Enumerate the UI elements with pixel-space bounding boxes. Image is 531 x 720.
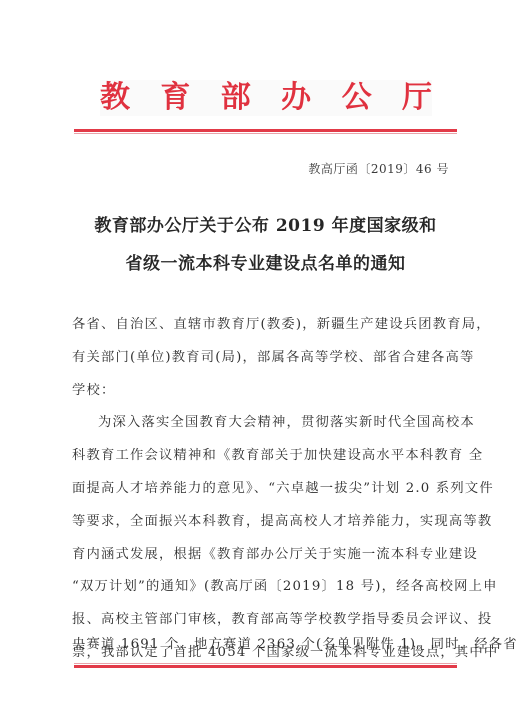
rule-thick-line: [74, 129, 457, 132]
org-char: 教: [100, 80, 130, 116]
document-page: 教 育 部 办 公 厅 教高厅函〔2019〕46 号 教育部办公厅关于公布 20…: [0, 0, 531, 720]
org-char: 部: [221, 80, 251, 116]
document-title-line-1: 教育部办公厅关于公布 2019 年度国家级和: [0, 211, 531, 236]
addressee-line: 各省、自治区、直辖市教育厅(教委)，新疆生产建设兵团教育局，: [72, 313, 460, 332]
paragraph-line: 报、高校主管部门审核，教育部高等学校教学指导委员会评议、投: [72, 608, 460, 627]
org-char: 办: [281, 80, 311, 116]
paragraph-line: 央赛道 1691 个、地方赛道 2363 个(名单见附件 1)。同时，经各省: [72, 633, 460, 652]
rule-thin-line: [74, 133, 457, 134]
rule-thin-line: [74, 663, 457, 664]
paragraph-line: 为深入落实全国教育大会精神，贯彻落实新时代全国高校本: [98, 411, 460, 430]
addressee-line: 有关部门(单位)教育司(局)，部属各高等学校、部省合建各高等: [72, 346, 460, 365]
org-char: 育: [160, 80, 190, 116]
addressee-line: 学校：: [72, 379, 460, 398]
paragraph-line: 等要求，全面振兴本科教育，提高高校人才培养能力，实现高等教: [72, 510, 460, 529]
rule-thick-line: [74, 665, 457, 668]
paragraph-line: “双万计划”的通知》(教高厅函〔2019〕18 号)，经各高校网上申: [72, 575, 460, 594]
paragraph-line: 育内涵式发展，根据《教育部办公厅关于实施一流本科专业建设: [72, 543, 460, 562]
org-char: 公: [342, 80, 372, 116]
organization-header: 教 育 部 办 公 厅: [100, 80, 432, 116]
footer-red-rule: [74, 663, 457, 668]
paragraph-line: 科教育工作会议精神和《教育部关于加快建设高水平本科教育 全: [72, 444, 460, 463]
header-red-rule: [74, 129, 457, 134]
document-number: 教高厅函〔2019〕46 号: [308, 160, 449, 177]
document-title-line-2: 省级一流本科专业建设点名单的通知: [0, 249, 531, 274]
org-char: 厅: [402, 80, 432, 116]
paragraph-line: 面提高人才培养能力的意见》、“六卓越一拔尖”计划 2.0 系列文件: [72, 477, 460, 496]
